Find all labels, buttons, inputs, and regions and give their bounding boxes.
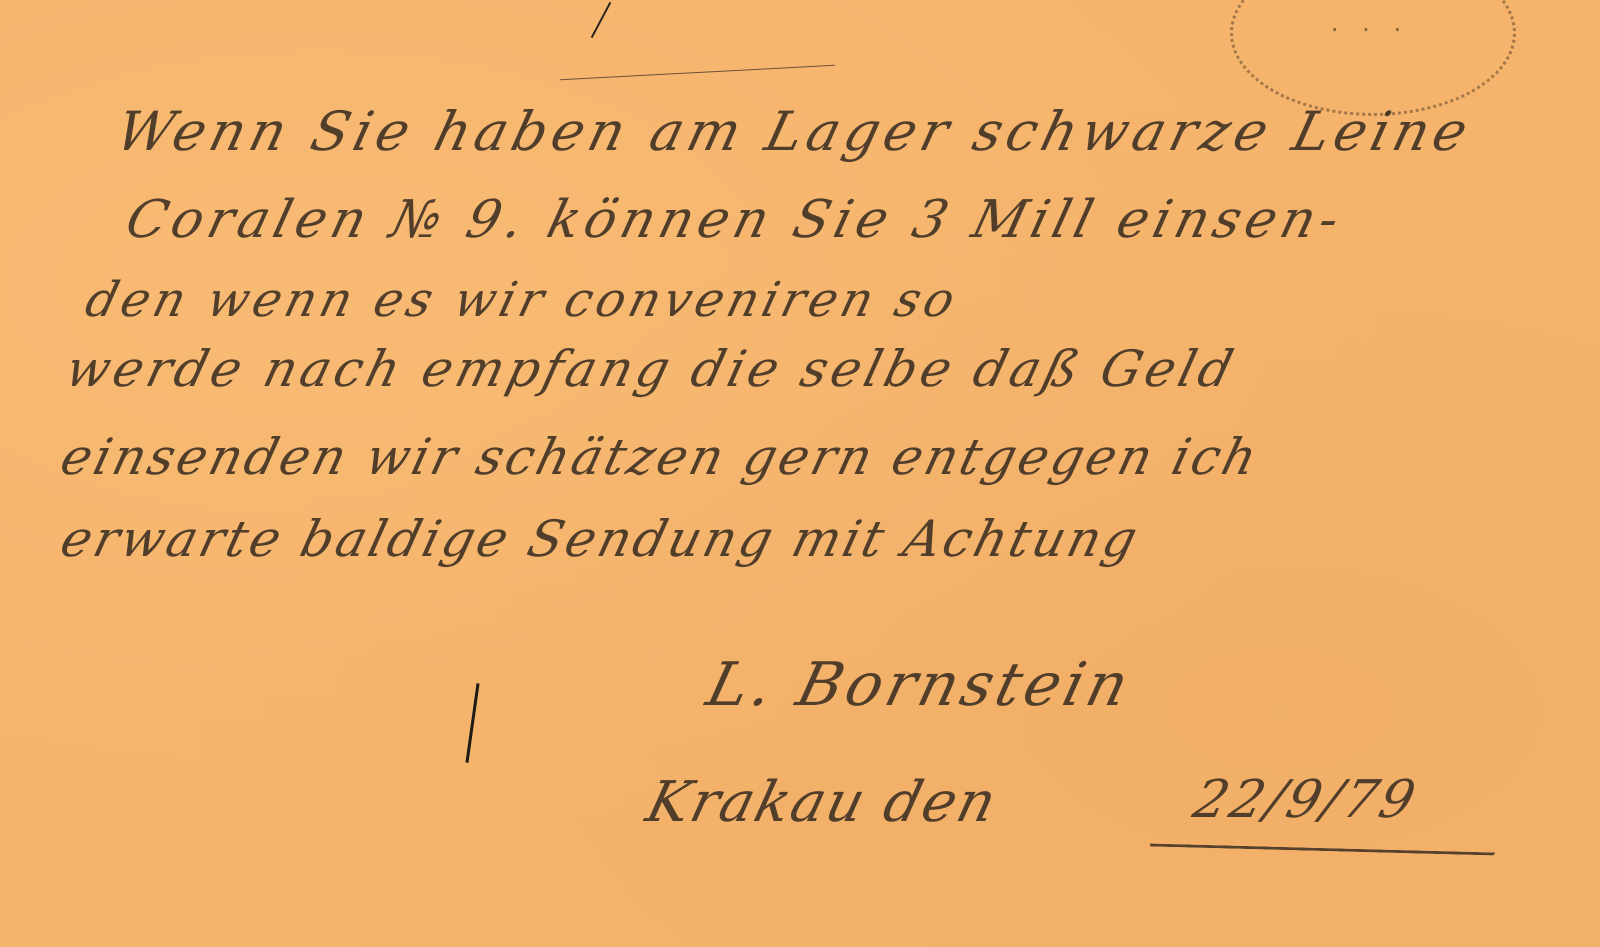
ink-stroke-mark: [465, 683, 479, 763]
letter-line-5: einsenden wir schätzen gern entgegen ich: [55, 428, 1266, 486]
signature: L. Bornstein: [700, 650, 1139, 720]
date: 22/9/79: [1188, 770, 1424, 830]
letter-line-2: Coralen № 9. können Sie 3 Mill einsen-: [120, 190, 1350, 250]
letter-line-4: werde nach empfang die selbe daß Geld: [60, 340, 1243, 398]
postcard: · · · Wenn Sie haben am Lager schwarze L…: [0, 0, 1600, 947]
date-underline: [1150, 843, 1495, 855]
postmark-text: · · ·: [1255, 0, 1485, 90]
ink-mark-top: [591, 2, 612, 38]
ink-line-top: [560, 65, 835, 80]
letter-line-3: den wenn es wir conveniren so: [80, 272, 964, 328]
place-line: Krakau den: [640, 770, 1004, 835]
letter-line-6: erwarte baldige Sendung mit Achtung: [55, 510, 1146, 568]
letter-line-1: Wenn Sie haben am Lager schwarze Leine: [110, 100, 1479, 163]
